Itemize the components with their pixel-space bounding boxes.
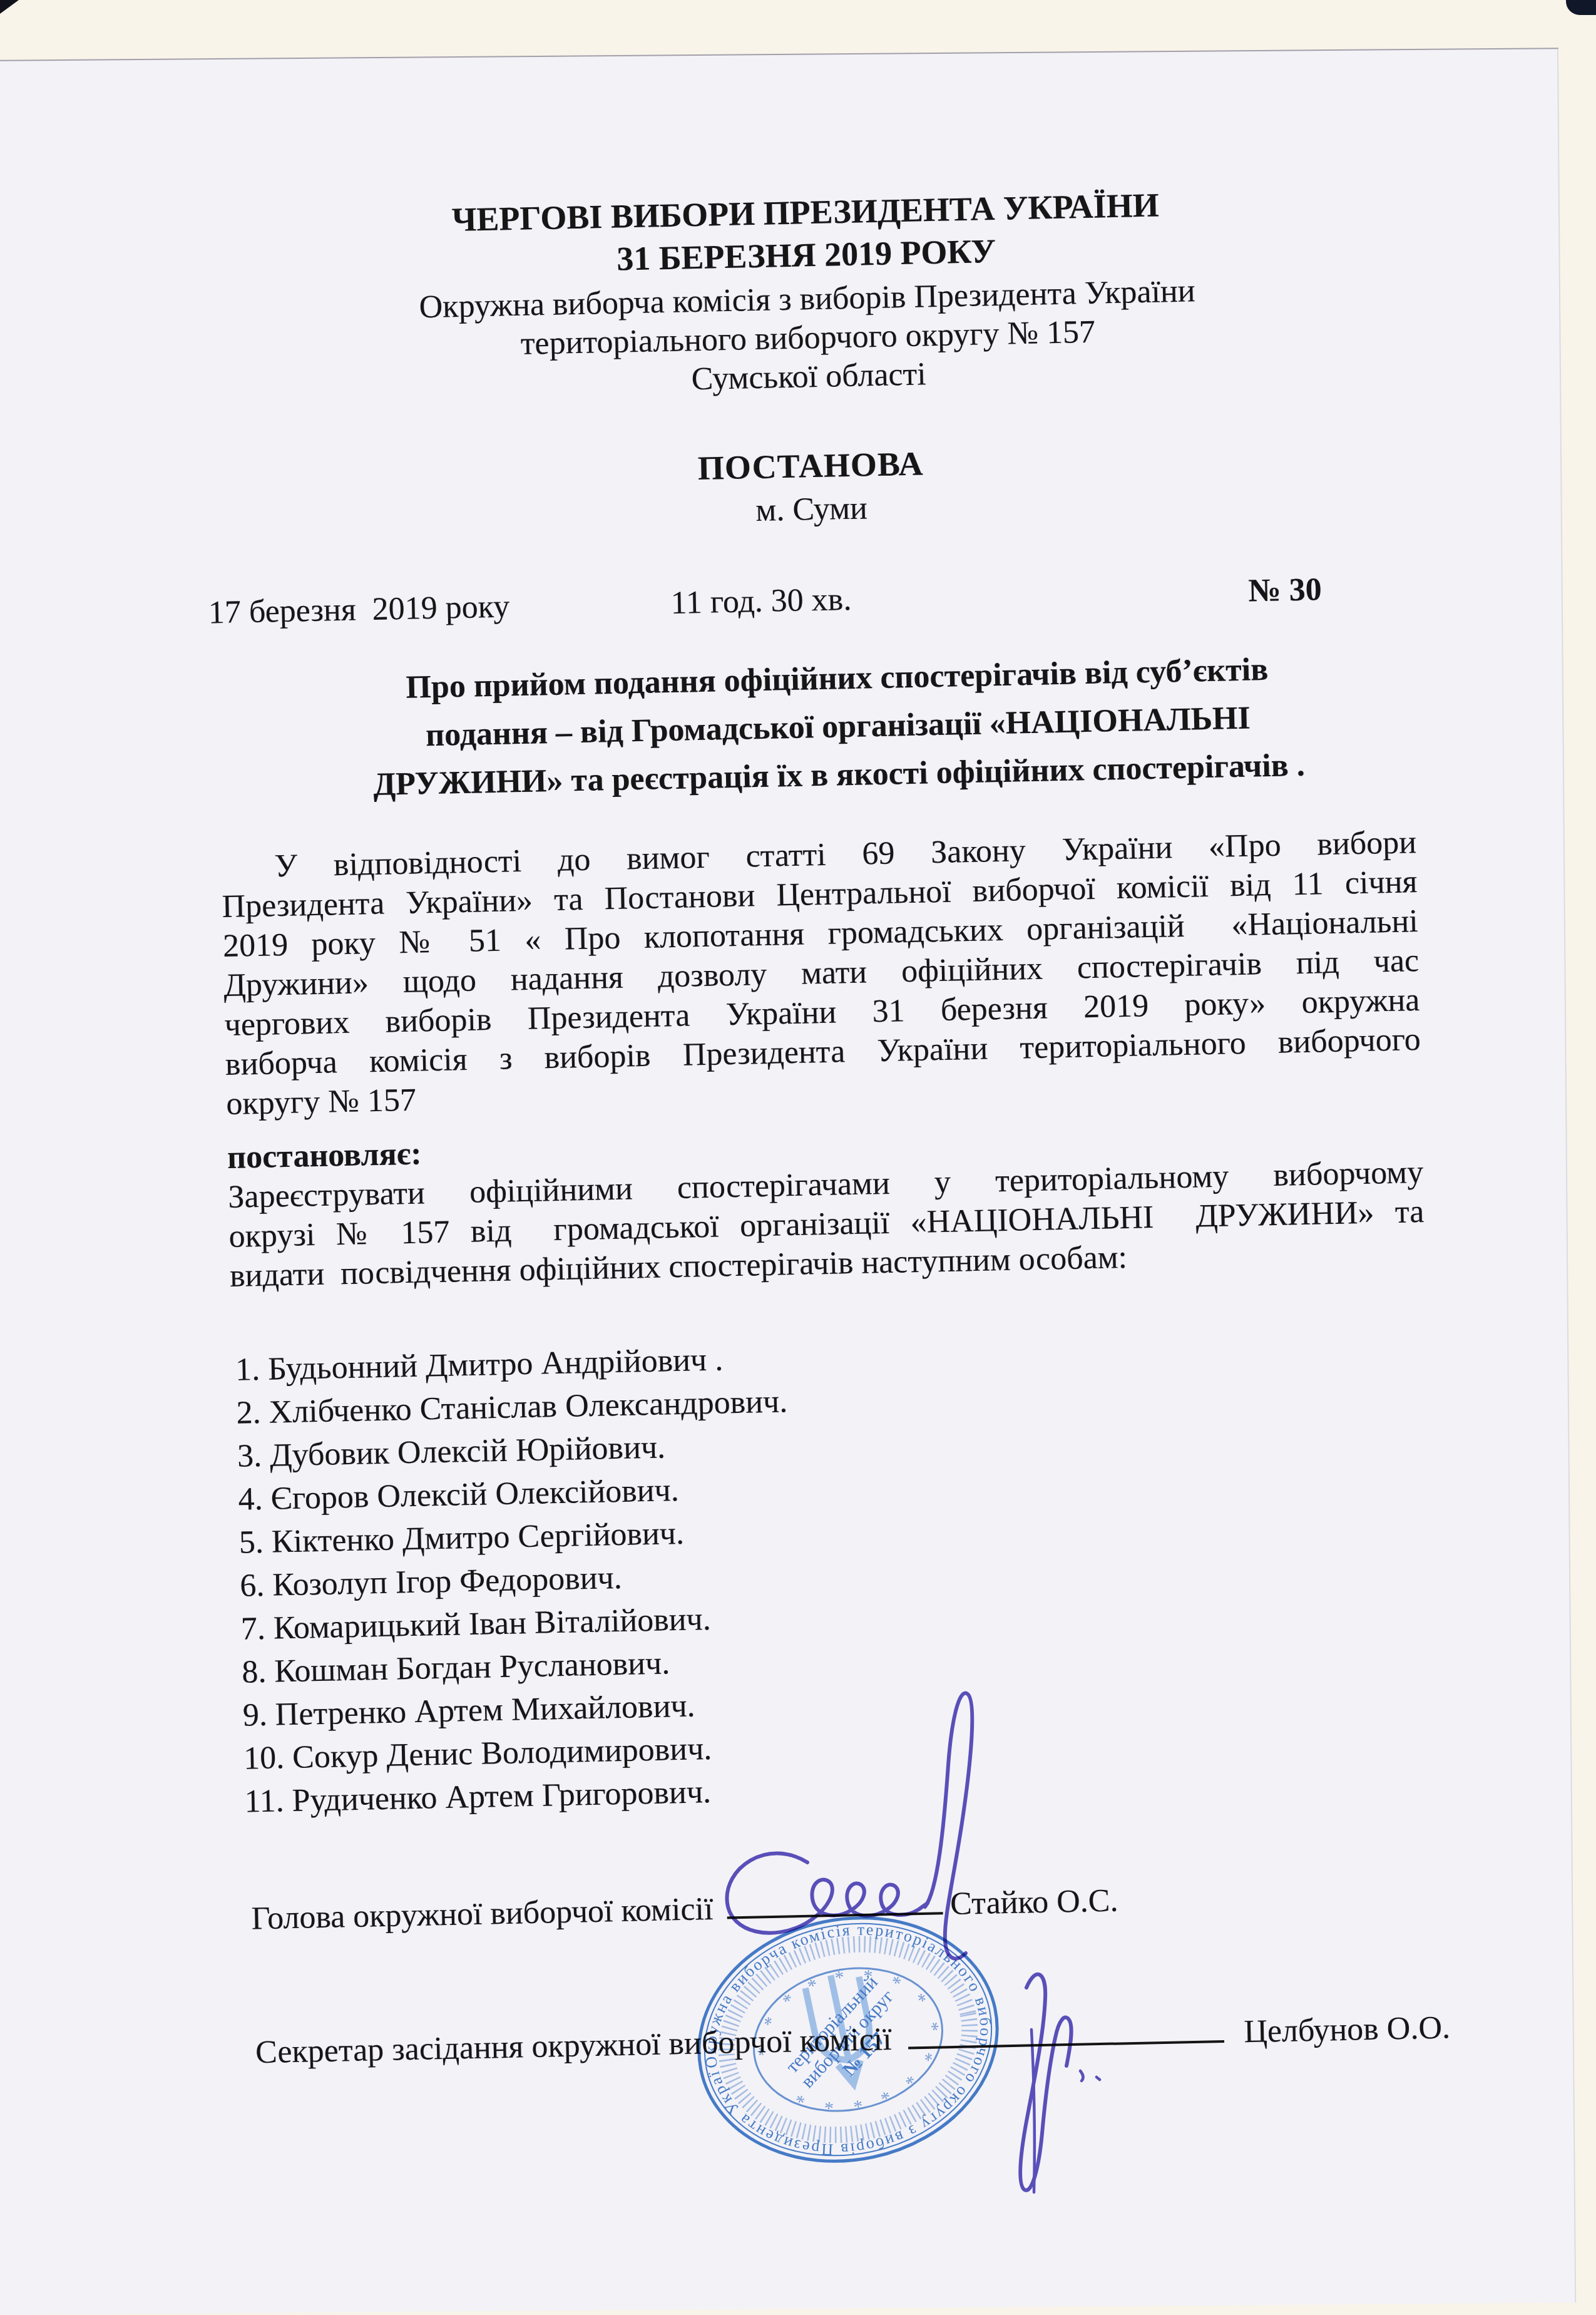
handwritten-signatures [0, 0, 1596, 2195]
secretary-signature-ink [1020, 1974, 1100, 2192]
head-signature-ink [727, 1693, 973, 1959]
